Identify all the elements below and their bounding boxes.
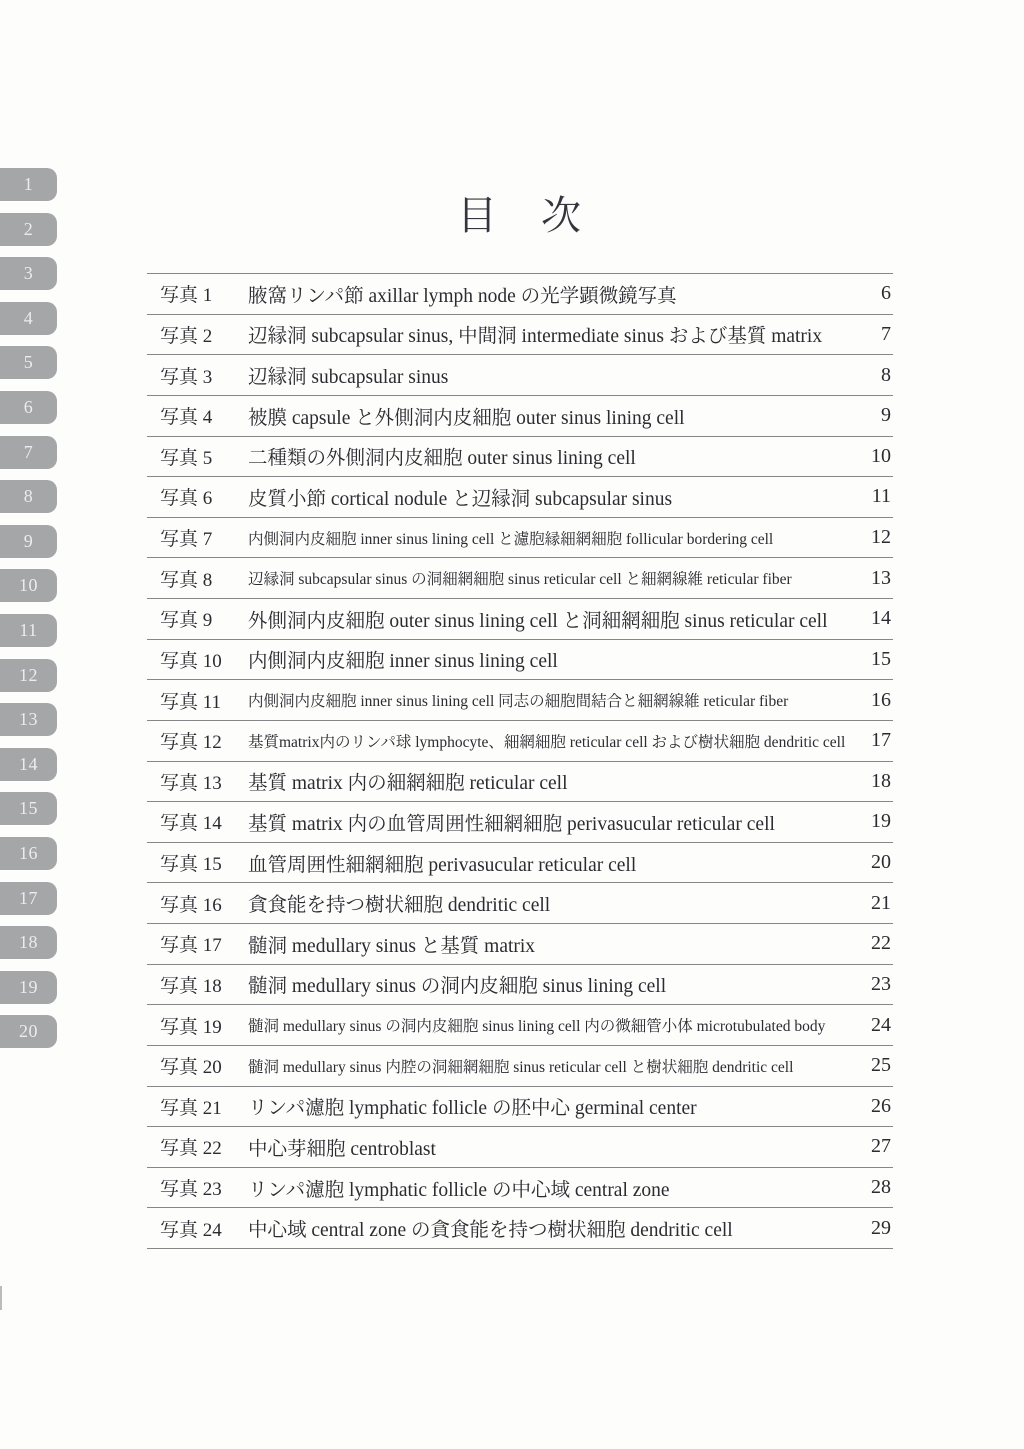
entry-title: 内側洞内皮細胞 inner sinus lining cell 同志の細胞間結合… bbox=[248, 689, 853, 711]
toc-row: 写真 10 内側洞内皮細胞 inner sinus lining cell 15 bbox=[147, 640, 893, 681]
toc-row: 写真 17 髄洞 medullary sinus と基質 matrix 22 bbox=[147, 924, 893, 965]
toc-row: 写真 14 基質 matrix 内の血管周囲性細網細胞 perivasucula… bbox=[147, 802, 893, 843]
entry-label: 写真 17 bbox=[147, 930, 248, 957]
entry-page-number: 22 bbox=[853, 932, 893, 955]
side-tab: 3 bbox=[0, 257, 57, 290]
entry-title: 基質 matrix 内の細網細胞 reticular cell bbox=[248, 767, 853, 795]
entry-page-number: 15 bbox=[853, 648, 893, 671]
entry-page-number: 11 bbox=[853, 485, 893, 508]
entry-page-number: 9 bbox=[853, 404, 893, 427]
toc-row: 写真 6 皮質小節 cortical nodule と辺縁洞 subcapsul… bbox=[147, 477, 893, 518]
side-tab: 17 bbox=[0, 882, 57, 915]
toc-table: 写真 1 腋窩リンパ節 axillar lymph node の光学顕微鏡写真 … bbox=[147, 273, 893, 1249]
entry-label: 写真 16 bbox=[147, 890, 248, 917]
side-tab: 10 bbox=[0, 569, 57, 602]
entry-title: リンパ濾胞 lymphatic follicle の胚中心 germinal c… bbox=[248, 1092, 853, 1120]
entry-title: 中心芽細胞 centroblast bbox=[248, 1133, 853, 1161]
entry-page-number: 19 bbox=[853, 810, 893, 833]
entry-title: 内側洞内皮細胞 inner sinus lining cell bbox=[248, 645, 853, 673]
entry-page-number: 17 bbox=[853, 729, 893, 752]
toc-row: 写真 12 基質matrix内のリンパ球 lymphocyte、細網細胞 ret… bbox=[147, 721, 893, 762]
side-tab: 11 bbox=[0, 614, 57, 647]
entry-label: 写真 3 bbox=[147, 362, 248, 389]
entry-page-number: 16 bbox=[853, 689, 893, 712]
side-tab: 8 bbox=[0, 480, 57, 513]
side-tab: 2 bbox=[0, 213, 57, 246]
entry-page-number: 20 bbox=[853, 851, 893, 874]
toc-row: 写真 20 髄洞 medullary sinus 内腔の洞細網細胞 sinus … bbox=[147, 1046, 893, 1087]
side-tab: 14 bbox=[0, 748, 57, 781]
toc-row: 写真 8 辺縁洞 subcapsular sinus の洞細網細胞 sinus … bbox=[147, 558, 893, 599]
entry-page-number: 14 bbox=[853, 607, 893, 630]
entry-label: 写真 7 bbox=[147, 524, 248, 551]
side-tab: 20 bbox=[0, 1015, 57, 1048]
entry-label: 写真 1 bbox=[147, 280, 248, 307]
entry-page-number: 28 bbox=[853, 1176, 893, 1199]
toc-row: 写真 1 腋窩リンパ節 axillar lymph node の光学顕微鏡写真 … bbox=[147, 274, 893, 315]
side-tab: 16 bbox=[0, 837, 57, 870]
entry-title: 髄洞 medullary sinus の洞内皮細胞 sinus lining c… bbox=[248, 970, 853, 998]
entry-label: 写真 24 bbox=[147, 1215, 248, 1242]
entry-title: 二種類の外側洞内皮細胞 outer sinus lining cell bbox=[248, 442, 853, 470]
entry-title: 内側洞内皮細胞 inner sinus lining cell と濾胞縁細網細胞… bbox=[248, 527, 853, 549]
entry-page-number: 8 bbox=[853, 364, 893, 387]
entry-page-number: 24 bbox=[853, 1014, 893, 1037]
entry-title: リンパ濾胞 lymphatic follicle の中心域 central zo… bbox=[248, 1174, 853, 1202]
entry-label: 写真 11 bbox=[147, 687, 248, 714]
entry-title: 外側洞内皮細胞 outer sinus lining cell と洞細網細胞 s… bbox=[248, 605, 853, 633]
entry-title: 血管周囲性細網細胞 perivasucular reticular cell bbox=[248, 849, 853, 877]
entry-title: 辺縁洞 subcapsular sinus, 中間洞 intermediate … bbox=[248, 320, 853, 348]
entry-page-number: 13 bbox=[853, 567, 893, 590]
entry-label: 写真 13 bbox=[147, 768, 248, 795]
entry-title: 髄洞 medullary sinus 内腔の洞細網細胞 sinus reticu… bbox=[248, 1055, 853, 1077]
toc-row: 写真 15 血管周囲性細網細胞 perivasucular reticular … bbox=[147, 843, 893, 884]
toc-row: 写真 18 髄洞 medullary sinus の洞内皮細胞 sinus li… bbox=[147, 965, 893, 1006]
side-tab: 5 bbox=[0, 346, 57, 379]
toc-row: 写真 3 辺縁洞 subcapsular sinus 8 bbox=[147, 355, 893, 396]
entry-page-number: 29 bbox=[853, 1217, 893, 1240]
entry-label: 写真 23 bbox=[147, 1174, 248, 1201]
entry-title: 腋窩リンパ節 axillar lymph node の光学顕微鏡写真 bbox=[248, 280, 853, 308]
entry-page-number: 10 bbox=[853, 445, 893, 468]
entry-page-number: 18 bbox=[853, 770, 893, 793]
side-tab: 1 bbox=[0, 168, 57, 201]
entry-title: 皮質小節 cortical nodule と辺縁洞 subcapsular si… bbox=[248, 483, 853, 511]
side-tab: 9 bbox=[0, 525, 57, 558]
entry-title: 髄洞 medullary sinus と基質 matrix bbox=[248, 930, 853, 958]
entry-label: 写真 10 bbox=[147, 646, 248, 673]
entry-title: 辺縁洞 subcapsular sinus bbox=[248, 361, 853, 389]
toc-row: 写真 7 内側洞内皮細胞 inner sinus lining cell と濾胞… bbox=[147, 518, 893, 559]
entry-label: 写真 8 bbox=[147, 565, 248, 592]
entry-page-number: 26 bbox=[853, 1095, 893, 1118]
entry-label: 写真 4 bbox=[147, 402, 248, 429]
side-tab: 15 bbox=[0, 792, 57, 825]
entry-title: 中心域 central zone の貪食能を持つ樹状細胞 dendritic c… bbox=[248, 1214, 853, 1242]
toc-row: 写真 16 貪食能を持つ樹状細胞 dendritic cell 21 bbox=[147, 883, 893, 924]
entry-title: 被膜 capsule と外側洞内皮細胞 outer sinus lining c… bbox=[248, 402, 853, 430]
entry-label: 写真 20 bbox=[147, 1052, 248, 1079]
entry-page-number: 21 bbox=[853, 892, 893, 915]
toc-row: 写真 5 二種類の外側洞内皮細胞 outer sinus lining cell… bbox=[147, 437, 893, 478]
entry-label: 写真 15 bbox=[147, 849, 248, 876]
entry-page-number: 25 bbox=[853, 1054, 893, 1077]
toc-row: 写真 23 リンパ濾胞 lymphatic follicle の中心域 cent… bbox=[147, 1168, 893, 1209]
entry-label: 写真 18 bbox=[147, 971, 248, 998]
entry-page-number: 7 bbox=[853, 323, 893, 346]
entry-title: 髄洞 medullary sinus の洞内皮細胞 sinus lining c… bbox=[248, 1014, 853, 1036]
side-tab: 19 bbox=[0, 971, 57, 1004]
entry-label: 写真 6 bbox=[147, 483, 248, 510]
entry-title: 基質matrix内のリンパ球 lymphocyte、細網細胞 reticular… bbox=[248, 730, 853, 752]
side-tab: 7 bbox=[0, 436, 57, 469]
toc-row: 写真 19 髄洞 medullary sinus の洞内皮細胞 sinus li… bbox=[147, 1005, 893, 1046]
entry-title: 辺縁洞 subcapsular sinus の洞細網細胞 sinus retic… bbox=[248, 567, 853, 589]
entry-label: 写真 21 bbox=[147, 1093, 248, 1120]
entry-label: 写真 2 bbox=[147, 321, 248, 348]
toc-row: 写真 9 外側洞内皮細胞 outer sinus lining cell と洞細… bbox=[147, 599, 893, 640]
entry-label: 写真 14 bbox=[147, 808, 248, 835]
side-tab: 12 bbox=[0, 659, 57, 692]
entry-label: 写真 19 bbox=[147, 1012, 248, 1039]
entry-page-number: 23 bbox=[853, 973, 893, 996]
toc-row: 写真 21 リンパ濾胞 lymphatic follicle の胚中心 germ… bbox=[147, 1087, 893, 1128]
side-tab: 4 bbox=[0, 302, 57, 335]
entry-label: 写真 5 bbox=[147, 443, 248, 470]
toc-row: 写真 11 内側洞内皮細胞 inner sinus lining cell 同志… bbox=[147, 680, 893, 721]
scan-artifact-line bbox=[0, 1286, 2, 1310]
toc-row: 写真 22 中心芽細胞 centroblast 27 bbox=[147, 1127, 893, 1168]
page-title: 目 次 bbox=[147, 184, 893, 241]
entry-title: 基質 matrix 内の血管周囲性細網細胞 perivasucular reti… bbox=[248, 808, 853, 836]
entry-label: 写真 9 bbox=[147, 605, 248, 632]
side-tab: 6 bbox=[0, 391, 57, 424]
toc-page: 1234567891011121314151617181920 目 次 写真 1… bbox=[0, 0, 1024, 1449]
toc-row: 写真 13 基質 matrix 内の細網細胞 reticular cell 18 bbox=[147, 762, 893, 803]
entry-label: 写真 12 bbox=[147, 727, 248, 754]
entry-title: 貪食能を持つ樹状細胞 dendritic cell bbox=[248, 889, 853, 917]
side-tab: 18 bbox=[0, 926, 57, 959]
side-tab: 13 bbox=[0, 703, 57, 736]
toc-row: 写真 2 辺縁洞 subcapsular sinus, 中間洞 intermed… bbox=[147, 315, 893, 356]
toc-row: 写真 24 中心域 central zone の貪食能を持つ樹状細胞 dendr… bbox=[147, 1208, 893, 1249]
toc-row: 写真 4 被膜 capsule と外側洞内皮細胞 outer sinus lin… bbox=[147, 396, 893, 437]
entry-label: 写真 22 bbox=[147, 1133, 248, 1160]
entry-page-number: 12 bbox=[853, 526, 893, 549]
entry-page-number: 27 bbox=[853, 1135, 893, 1158]
entry-page-number: 6 bbox=[853, 282, 893, 305]
